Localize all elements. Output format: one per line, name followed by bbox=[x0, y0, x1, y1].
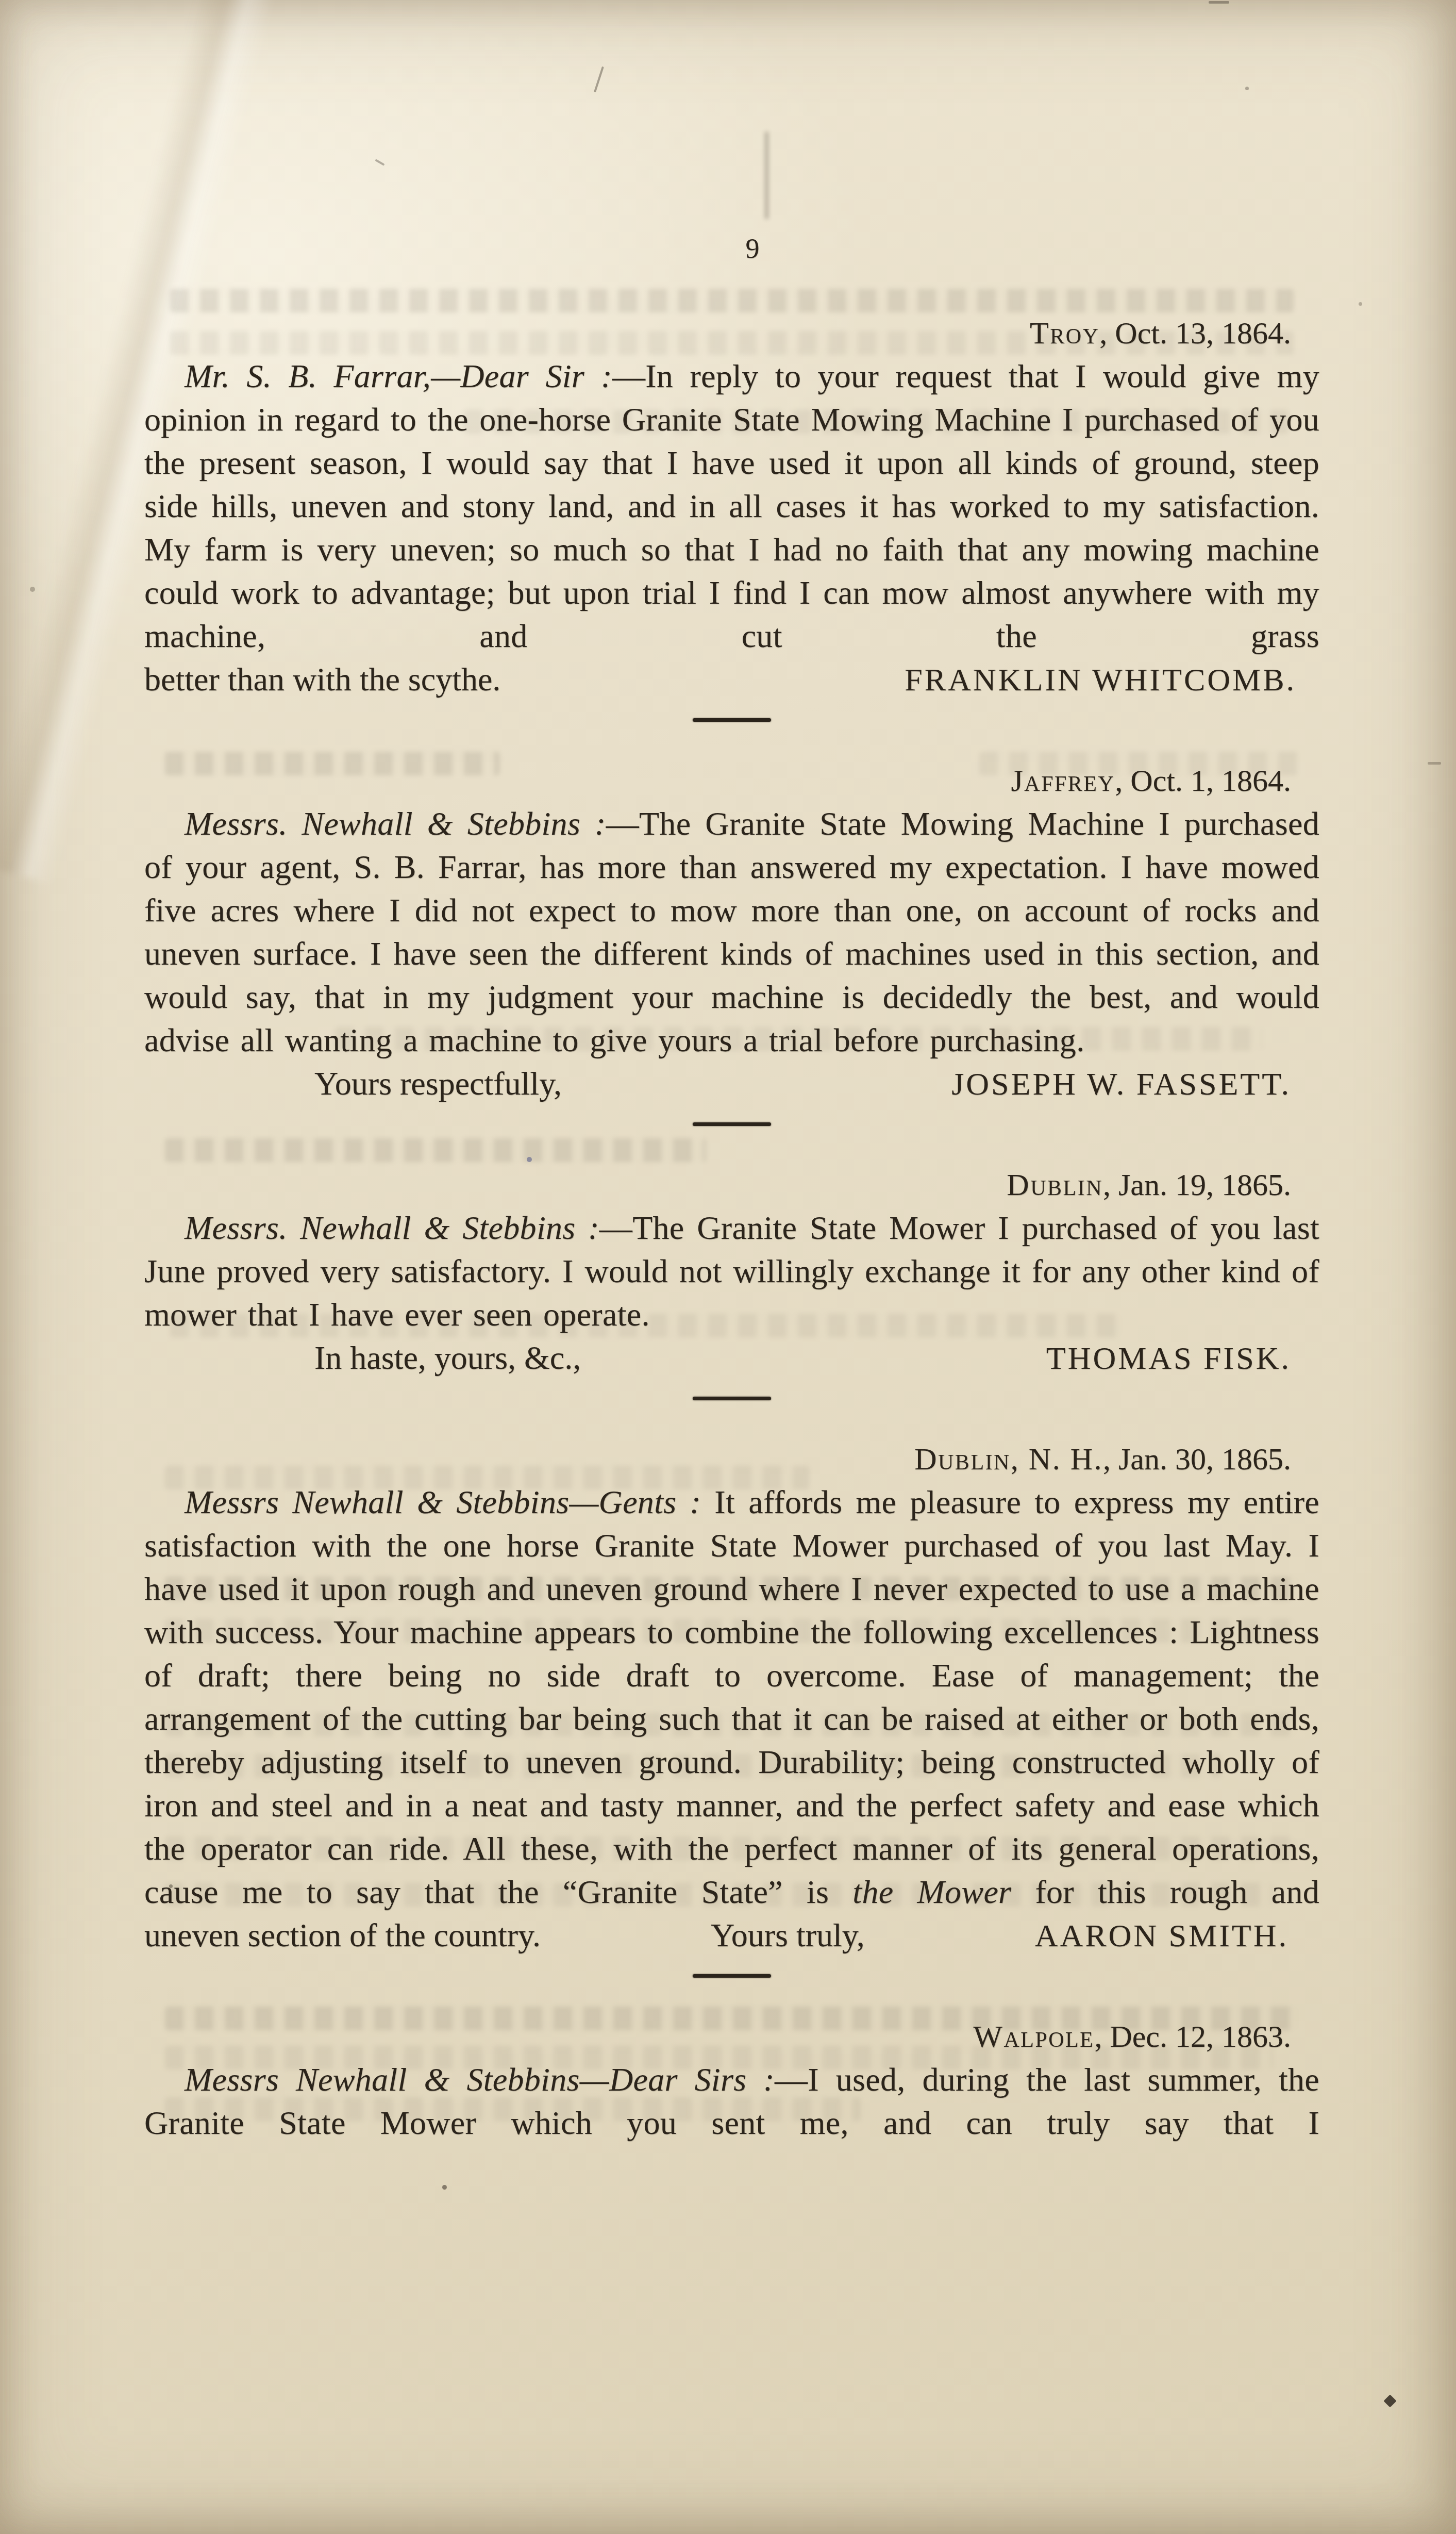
dateline-place: Walpole bbox=[973, 2019, 1094, 2053]
closing: Yours respectfully, bbox=[314, 1062, 562, 1105]
section-divider-rule bbox=[693, 718, 771, 722]
section-divider-rule bbox=[693, 1397, 771, 1400]
dateline: Dublin, N. H., Jan. 30, 1865. bbox=[144, 1437, 1319, 1481]
letter-fisk: Dublin, Jan. 19, 1865. Messrs. Newhall &… bbox=[144, 1163, 1319, 1380]
body-text-italic: the Mower bbox=[852, 1874, 1011, 1910]
signature-line: uneven section of the country. Yours tru… bbox=[144, 1914, 1319, 1958]
letter-body: Messrs. Newhall & Stebbins :—The Granite… bbox=[144, 1206, 1319, 1336]
section-divider-rule bbox=[693, 1122, 771, 1126]
signature: FRANKLIN WHITCOMB. bbox=[905, 658, 1296, 702]
body-text: —In reply to your request that I would g… bbox=[144, 358, 1319, 654]
dateline-place: Troy bbox=[1030, 316, 1099, 350]
body-text: for this rough and bbox=[1011, 1874, 1319, 1910]
letter-body: Messrs Newhall & Stebbins—Gents : It aff… bbox=[144, 1481, 1319, 1914]
dateline: Troy, Oct. 13, 1864. bbox=[144, 311, 1319, 355]
salutation: Messrs. Newhall & Stebbins : bbox=[185, 805, 606, 842]
dateline-date: , Oct. 13, 1864. bbox=[1099, 316, 1291, 350]
body-text: —The Granite State Mowing Machine I purc… bbox=[144, 805, 1319, 1058]
body-text: It affords me pleasure to express my ent… bbox=[144, 1484, 1319, 1910]
letter-smith: Dublin, N. H., Jan. 30, 1865. Messrs New… bbox=[144, 1437, 1319, 1958]
ink-speck bbox=[1383, 2394, 1396, 2407]
letter-body: Messrs Newhall & Stebbins—Dear Sirs :—I … bbox=[144, 2058, 1319, 2145]
ink-speck bbox=[594, 67, 604, 93]
signature: THOMAS FISK. bbox=[1046, 1337, 1291, 1380]
salutation: Messrs Newhall & Stebbins—Dear Sirs : bbox=[185, 2061, 775, 2098]
dateline-place: Dublin bbox=[1007, 1168, 1103, 1202]
text-block: 9 Troy, Oct. 13, 1864. Mr. S. B. Farrar,… bbox=[0, 227, 1456, 2145]
ink-speck bbox=[1245, 87, 1249, 90]
letter-fassett: Jaffrey, Oct. 1, 1864. Messrs. Newhall &… bbox=[144, 759, 1319, 1106]
dateline-date: , Jan. 19, 1865. bbox=[1103, 1168, 1291, 1202]
section-divider-rule bbox=[693, 1974, 771, 1978]
dateline-place: Jaffrey bbox=[1011, 764, 1115, 798]
body-last-line: uneven section of the country. bbox=[144, 1914, 541, 1957]
ink-speck bbox=[1209, 1, 1229, 4]
dateline-date: , Oct. 1, 1864. bbox=[1115, 764, 1291, 798]
ink-speck bbox=[442, 2185, 447, 2190]
ink-speck bbox=[1428, 762, 1441, 765]
salutation: Messrs Newhall & Stebbins—Gents : bbox=[185, 1484, 701, 1520]
letter-body: Messrs. Newhall & Stebbins :—The Granite… bbox=[144, 802, 1319, 1062]
ink-speck bbox=[527, 1157, 532, 1162]
closing-line: Yours respectfully, JOSEPH W. FASSETT. bbox=[144, 1062, 1319, 1106]
letter-body: Mr. S. B. Farrar,—Dear Sir :—In reply to… bbox=[144, 355, 1319, 658]
closing-line: In haste, yours, &c., THOMAS FISK. bbox=[144, 1336, 1319, 1380]
signature: JOSEPH W. FASSETT. bbox=[951, 1063, 1291, 1106]
dateline: Jaffrey, Oct. 1, 1864. bbox=[144, 759, 1319, 802]
letter-whitcomb: Troy, Oct. 13, 1864. Mr. S. B. Farrar,—D… bbox=[144, 311, 1319, 702]
dateline: Walpole, Dec. 12, 1863. bbox=[144, 2015, 1319, 2058]
ink-speck bbox=[1359, 302, 1362, 306]
salutation: Mr. S. B. Farrar,—Dear Sir : bbox=[185, 358, 612, 394]
ink-smear bbox=[765, 131, 768, 219]
scanned-document-page: 9 Troy, Oct. 13, 1864. Mr. S. B. Farrar,… bbox=[0, 0, 1456, 2534]
ink-speck bbox=[30, 587, 35, 592]
dateline-date: , Dec. 12, 1863. bbox=[1094, 2019, 1291, 2053]
signature: AARON SMITH. bbox=[1035, 1914, 1288, 1958]
dateline-place: Dublin, N. H. bbox=[914, 1442, 1103, 1476]
signature-line: better than with the scythe. FRANKLIN WH… bbox=[144, 658, 1319, 702]
ink-speck bbox=[169, 1884, 173, 1888]
dateline: Dublin, Jan. 19, 1865. bbox=[144, 1163, 1319, 1206]
page-number: 9 bbox=[165, 227, 1340, 270]
body-last-line: better than with the scythe. bbox=[144, 658, 500, 701]
letter-walpole-partial: Walpole, Dec. 12, 1863. Messrs Newhall &… bbox=[144, 2015, 1319, 2145]
dateline-date: , Jan. 30, 1865. bbox=[1103, 1442, 1291, 1476]
salutation: Messrs. Newhall & Stebbins : bbox=[185, 1210, 599, 1246]
closing: In haste, yours, &c., bbox=[314, 1336, 581, 1380]
closing: Yours truly, bbox=[711, 1914, 865, 1957]
